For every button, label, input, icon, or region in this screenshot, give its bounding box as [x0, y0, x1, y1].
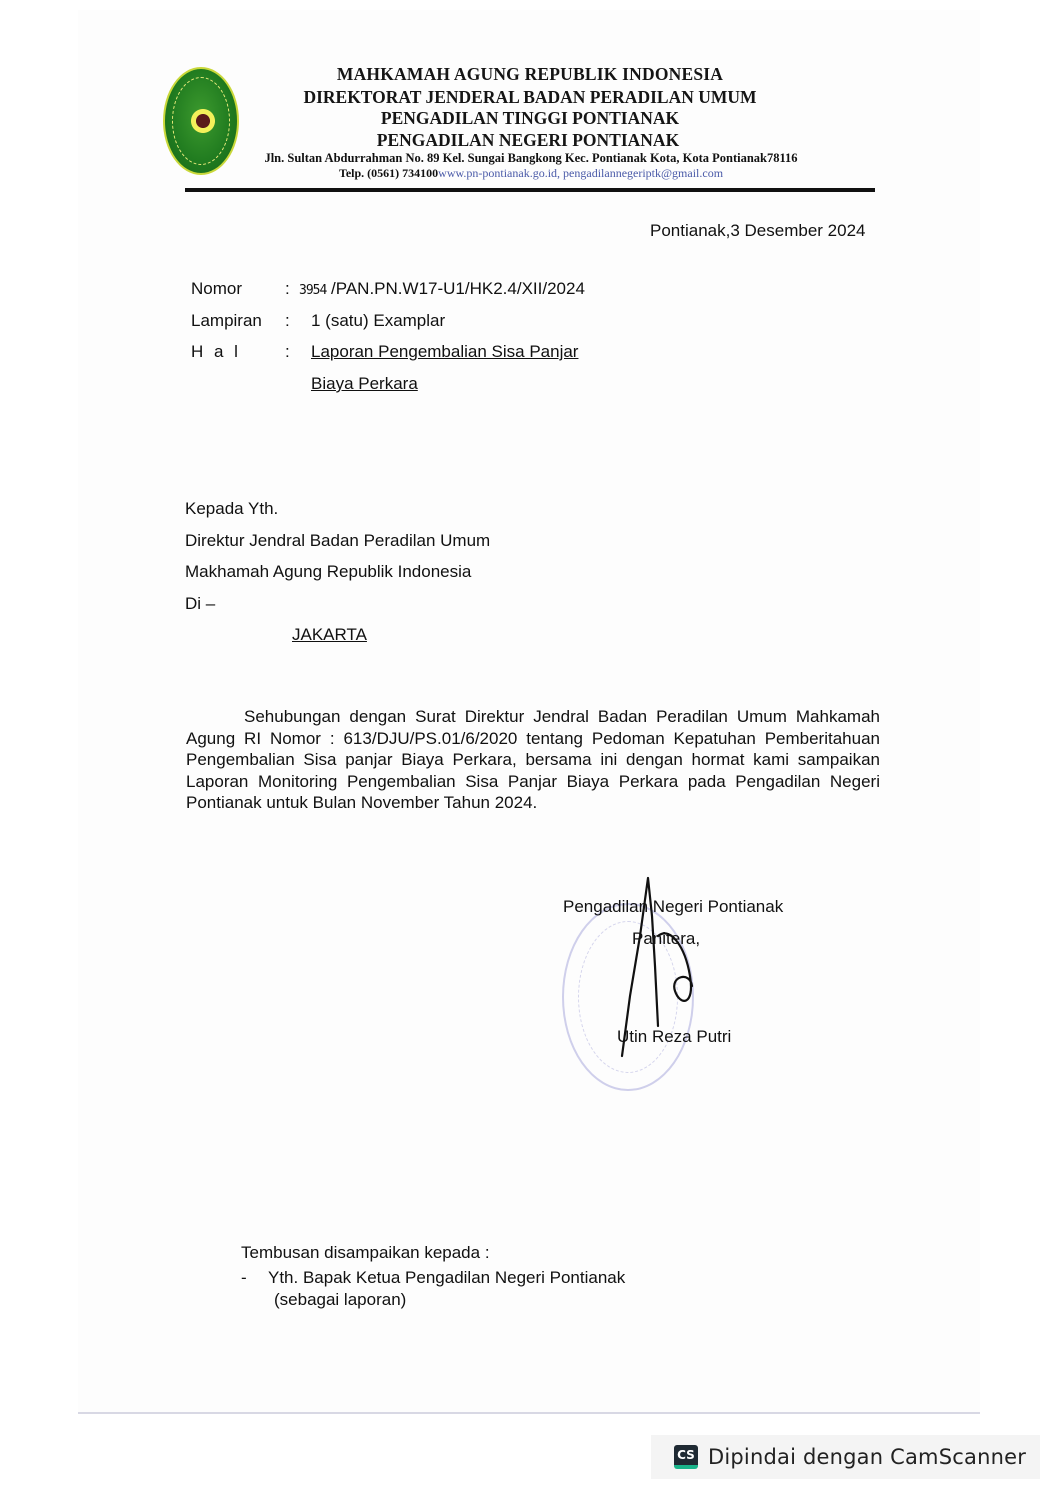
signature-position: Panitera, — [632, 929, 700, 949]
letterhead-line-1: MAHKAMAH AGUNG REPUBLIK INDONESIA — [230, 64, 830, 85]
court-emblem-icon — [163, 67, 239, 175]
handwritten-number: 3954 — [299, 283, 326, 298]
hal-value-line-2: Biaya Perkara — [311, 374, 418, 394]
nomor-label: Nomor — [191, 279, 242, 299]
nomor-colon: : — [285, 279, 290, 299]
lampiran-colon: : — [285, 311, 290, 331]
signature-institution: Pengadilan Negeri Pontianak — [563, 897, 783, 917]
emblem-star — [187, 105, 219, 137]
camscanner-label: Dipindai dengan CamScanner — [708, 1445, 1026, 1469]
letterhead-contact: Telp. (0561) 734100www.pn-pontianak.go.i… — [236, 166, 826, 181]
cc-recipient: Yth. Bapak Ketua Pengadilan Negeri Ponti… — [268, 1268, 625, 1287]
recipient-institution: Makhamah Agung Republik Indonesia — [185, 562, 471, 582]
recipient-di: Di – — [185, 594, 215, 614]
hal-value-line-1: Laporan Pengembalian Sisa Panjar — [311, 342, 578, 362]
nomor-reference: /PAN.PN.W17-U1/HK2.4/XII/2024 — [331, 279, 585, 298]
email-link[interactable]: pengadilannegeriptk@gmail.com — [563, 166, 723, 180]
phone-number: Telp. (0561) 734100 — [339, 166, 438, 180]
cc-item: -Yth. Bapak Ketua Pengadilan Negeri Pont… — [241, 1268, 625, 1288]
hal-label: H a l — [191, 342, 241, 362]
signatory-name: Utin Reza Putri — [617, 1027, 731, 1047]
letterhead-line-2: DIREKTORAT JENDERAL BADAN PERADILAN UMUM — [230, 87, 830, 108]
camscanner-watermark: CS Dipindai dengan CamScanner — [651, 1435, 1040, 1479]
letterhead-line-4: PENGADILAN NEGERI PONTIANAK — [228, 130, 828, 151]
cc-note: (sebagai laporan) — [274, 1290, 406, 1310]
hal-colon: : — [285, 342, 290, 362]
website-link[interactable]: www.pn-pontianak.go.id — [438, 166, 557, 180]
recipient-city: JAKARTA — [292, 625, 367, 645]
recipient-title: Direktur Jendral Badan Peradilan Umum — [185, 531, 490, 551]
letterhead-line-3: PENGADILAN TINGGI PONTIANAK — [230, 108, 830, 129]
nomor-value: 3954 /PAN.PN.W17-U1/HK2.4/XII/2024 — [299, 279, 585, 299]
lampiran-value: 1 (satu) Examplar — [311, 311, 445, 331]
lampiran-label: Lampiran — [191, 311, 262, 331]
camscanner-logo-icon: CS — [674, 1445, 698, 1469]
recipient-salutation: Kepada Yth. — [185, 499, 278, 519]
cc-heading: Tembusan disampaikan kepada : — [241, 1243, 490, 1263]
letterhead-divider — [185, 188, 875, 192]
cc-bullet: - — [241, 1268, 268, 1288]
body-paragraph: Sehubungan dengan Surat Direktur Jendral… — [186, 706, 880, 814]
letter-date: Pontianak,3 Desember 2024 — [650, 221, 865, 241]
letterhead-address: Jln. Sultan Abdurrahman No. 89 Kel. Sung… — [236, 151, 826, 166]
